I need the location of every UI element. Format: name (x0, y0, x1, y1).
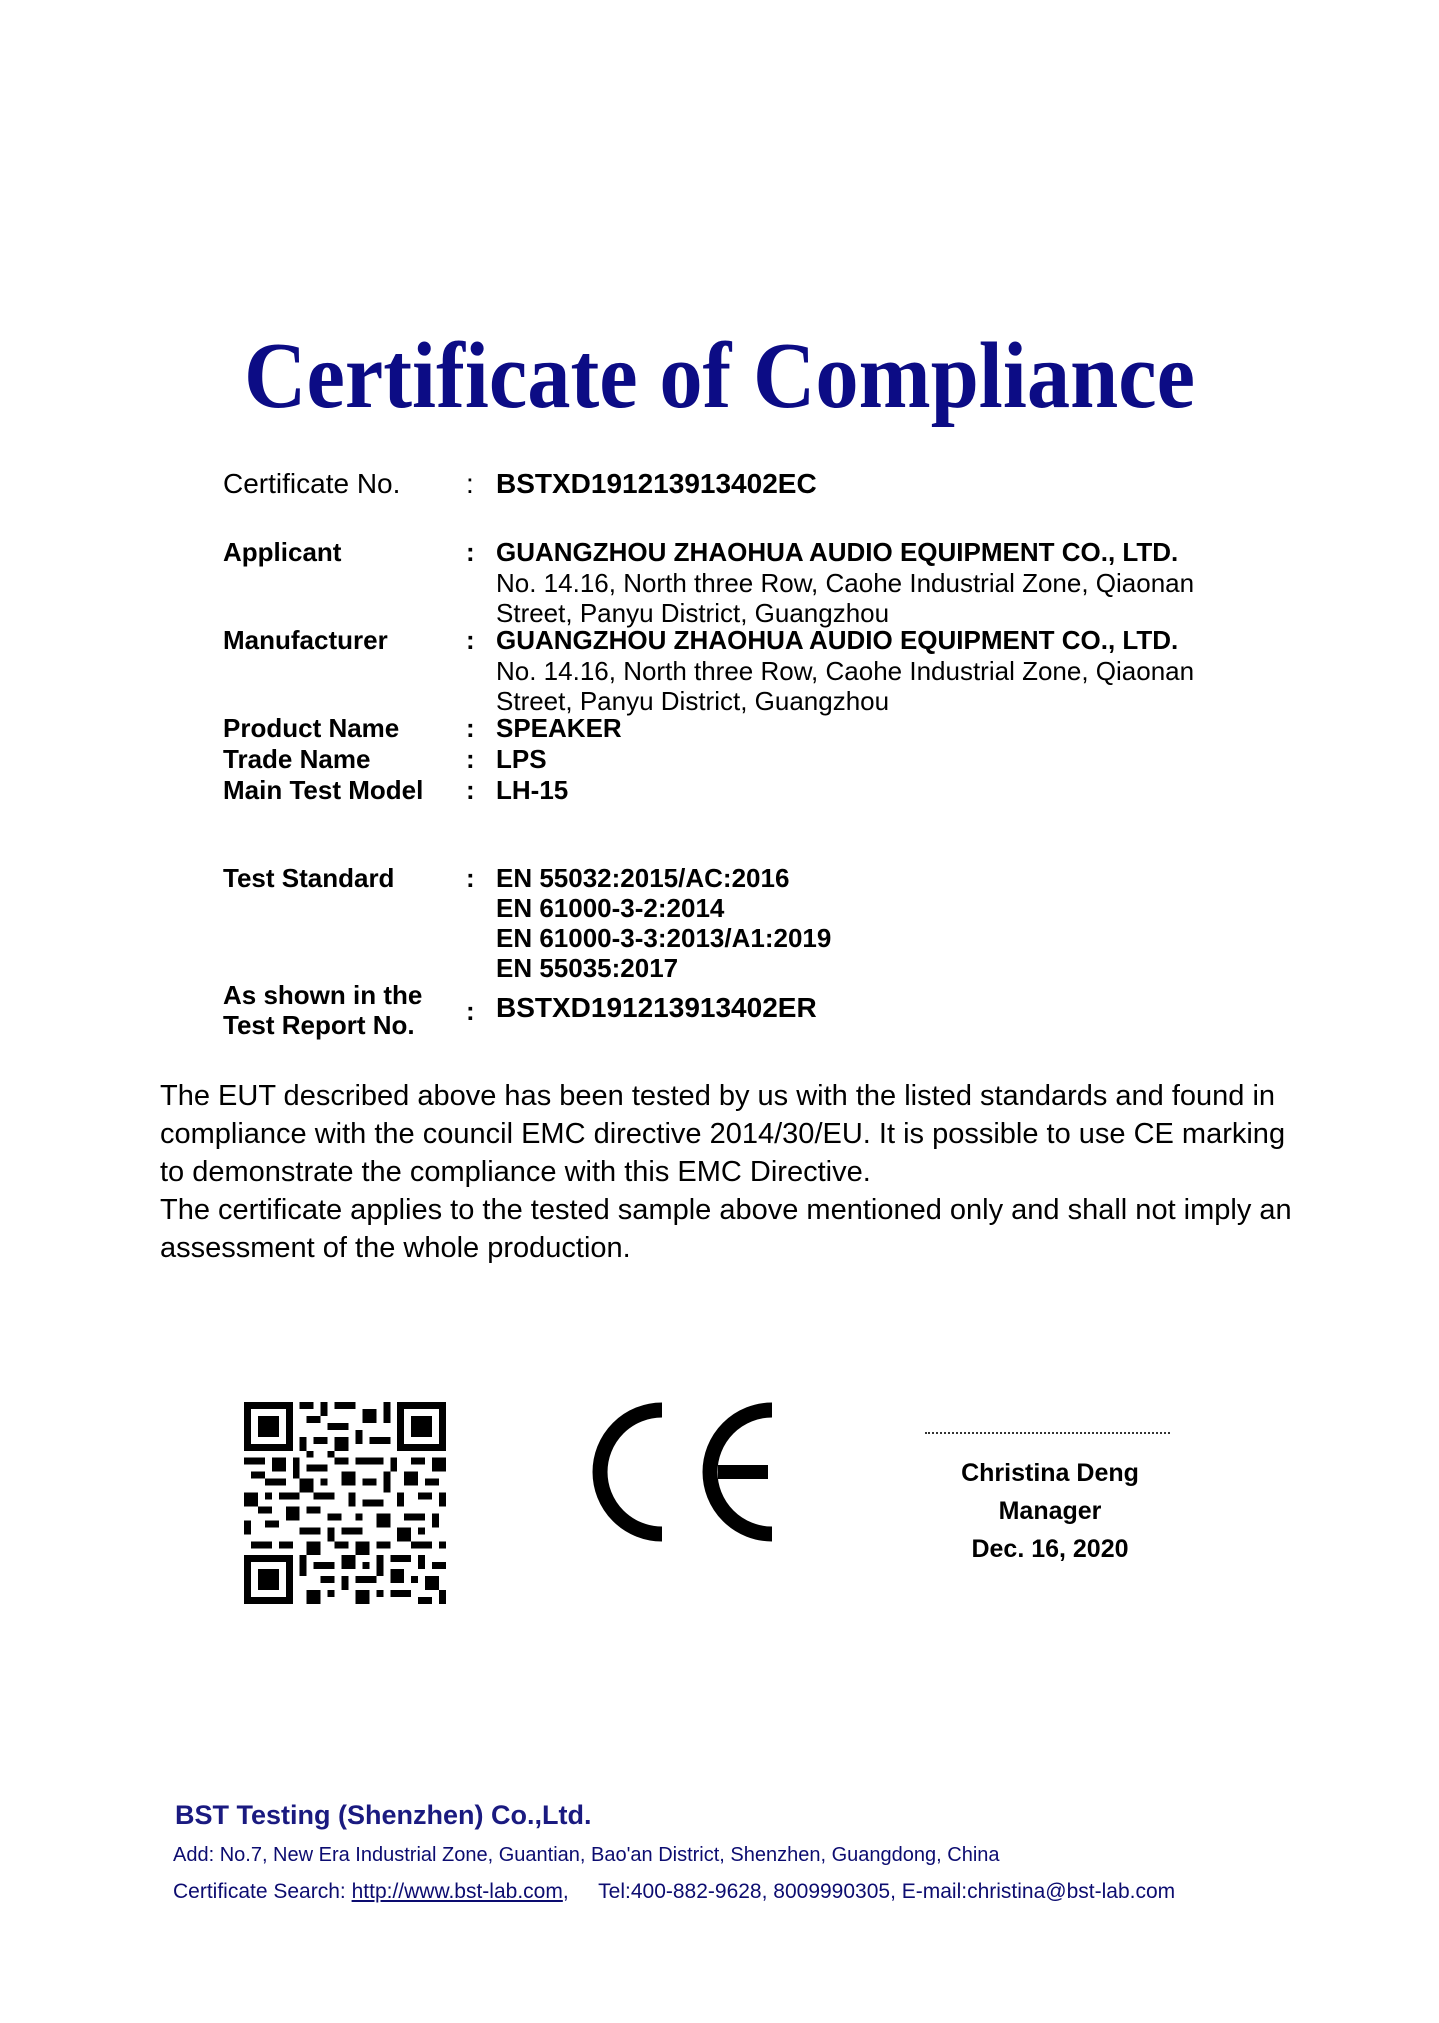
test-standard-list: EN 55032:2015/AC:2016 EN 61000-3-2:2014 … (496, 863, 831, 983)
manufacturer-label: Manufacturer (223, 625, 463, 656)
issuer-contact: Tel:400-882-9628, 8009990305, E-mail:chr… (598, 1880, 1175, 1903)
signature-line (925, 1432, 1170, 1434)
test-standard-item: EN 55032:2015/AC:2016 (496, 863, 831, 893)
test-standard-item: EN 61000-3-2:2014 (496, 893, 831, 923)
signatory-title: Manager (920, 1492, 1180, 1530)
statement-paragraph-1: The EUT described above has been tested … (160, 1077, 1300, 1191)
manufacturer-address-line1: No. 14.16, North three Row, Caohe Indust… (496, 656, 1194, 686)
certificate-number-value: BSTXD191213913402EC (496, 468, 817, 500)
applicant-value: GUANGZHOU ZHAOHUA AUDIO EQUIPMENT CO., L… (496, 537, 1194, 628)
trade-name-value: LPS (496, 744, 547, 775)
test-standard-item: EN 55035:2017 (496, 953, 831, 983)
trade-name-label: Trade Name (223, 744, 463, 775)
colon: : (466, 744, 475, 775)
statement-paragraph-2: The certificate applies to the tested sa… (160, 1191, 1300, 1267)
issuer-company: BST Testing (Shenzhen) Co.,Ltd. (175, 1800, 591, 1831)
colon: : (466, 468, 474, 500)
colon: : (466, 996, 475, 1027)
test-report-label: As shown in the Test Report No. (223, 980, 463, 1040)
applicant-address-line1: No. 14.16, North three Row, Caohe Indust… (496, 568, 1194, 598)
main-test-model-value: LH-15 (496, 775, 568, 806)
qr-code-icon (244, 1402, 446, 1604)
separator: , (563, 1880, 569, 1903)
signatory-name: Christina Deng (920, 1454, 1180, 1492)
applicant-label: Applicant (223, 537, 463, 568)
issuer-address: Add: No.7, New Era Industrial Zone, Guan… (173, 1844, 1000, 1867)
colon: : (466, 775, 475, 806)
product-name-value: SPEAKER (496, 713, 622, 744)
colon: : (466, 537, 475, 568)
certificate-search-label: Certificate Search: (173, 1880, 346, 1903)
product-name-label: Product Name (223, 713, 463, 744)
test-report-label-line2: Test Report No. (223, 1010, 463, 1040)
manufacturer-address-line2: Street, Panyu District, Guangzhou (496, 686, 1194, 716)
test-standard-label: Test Standard (223, 863, 463, 894)
certificate-search-link[interactable]: http://www.bst-lab.com (352, 1880, 563, 1903)
applicant-address-line2: Street, Panyu District, Guangzhou (496, 598, 1194, 628)
certificate-search: Certificate Search: http://www.bst-lab.c… (173, 1880, 1175, 1904)
signature-block: Christina Deng Manager Dec. 16, 2020 (920, 1454, 1180, 1568)
test-report-value: BSTXD191213913402ER (496, 992, 817, 1024)
colon: : (466, 713, 475, 744)
ce-mark-icon (590, 1402, 790, 1542)
colon: : (466, 625, 475, 656)
certificate-title: Certificate of Compliance (58, 322, 1382, 430)
manufacturer-name: GUANGZHOU ZHAOHUA AUDIO EQUIPMENT CO., L… (496, 625, 1194, 656)
main-test-model-label: Main Test Model (223, 775, 463, 806)
certificate-number-label: Certificate No. (223, 468, 463, 500)
colon: : (466, 863, 475, 894)
compliance-statement: The EUT described above has been tested … (160, 1077, 1300, 1267)
test-standard-item: EN 61000-3-3:2013/A1:2019 (496, 923, 831, 953)
test-report-label-line1: As shown in the (223, 980, 463, 1010)
signature-date: Dec. 16, 2020 (920, 1530, 1180, 1568)
applicant-name: GUANGZHOU ZHAOHUA AUDIO EQUIPMENT CO., L… (496, 537, 1194, 568)
manufacturer-value: GUANGZHOU ZHAOHUA AUDIO EQUIPMENT CO., L… (496, 625, 1194, 716)
